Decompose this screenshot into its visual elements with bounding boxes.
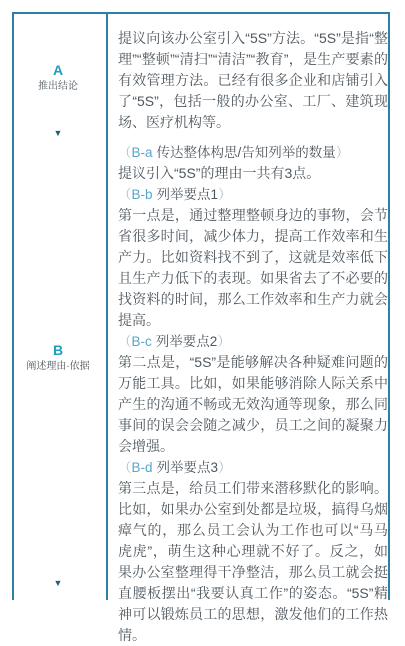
section-a-letter: A <box>22 62 94 78</box>
annotation-label: 列举要点2 <box>156 334 218 349</box>
annotation-b-b: （B-b列举要点1） <box>118 184 388 205</box>
annotation-paren: ） <box>217 334 231 349</box>
section-b-letter: B <box>22 342 94 358</box>
annotation-code: B-a <box>132 145 153 160</box>
annotation-label: 列举要点3 <box>157 460 219 475</box>
paragraph-b-d: 第三点是，给员工们带来潜移默化的影响。比如，如果办公室到处都是垃圾，搞得乌烟瘴气… <box>118 478 388 600</box>
section-a-label: 推出结论 <box>22 80 94 93</box>
sidebar-divider-line <box>106 14 108 600</box>
annotation-paren: （ <box>118 334 132 349</box>
annotation-paren: ） <box>218 187 232 202</box>
annotation-label: 传达整体构思/告知列举的数量 <box>157 145 336 160</box>
section-b-content: （B-a传达整体构思/告知列举的数量） 提议引入“5S”的理由一共有3点。 （B… <box>118 142 388 600</box>
paragraph-b-c: 第二点是，“5S”是能够解决各种疑难问题的万能工具。比如，如果能够消除人际关系中… <box>118 352 388 457</box>
section-a-paragraph: 提议向该办公室引入“5S”方法。“5S”是指“整理”“整顿”“清扫”“清洁”“教… <box>118 28 388 133</box>
annotation-b-d: （B-d列举要点3） <box>118 457 388 478</box>
paragraph-b-a: 提议引入“5S”的理由一共有3点。 <box>118 163 388 184</box>
annotation-paren: （ <box>118 460 132 475</box>
sidebar-section-a: A 推出结论 <box>22 62 94 93</box>
annotation-paren: （ <box>118 187 132 202</box>
structure-diagram-frame: A 推出结论 ▼ B 阐述理由·依据 ▼ 提议向该办公室引入“5S”方法。“5S… <box>12 12 390 600</box>
down-arrow-icon: ▼ <box>22 578 94 588</box>
annotation-code: B-c <box>132 334 152 349</box>
annotation-code: B-d <box>132 460 153 475</box>
section-b-label: 阐述理由·依据 <box>22 360 94 373</box>
annotation-paren: ） <box>218 460 232 475</box>
annotation-label: 列举要点1 <box>157 187 219 202</box>
annotation-paren: ） <box>336 145 350 160</box>
main-text-column: 提议向该办公室引入“5S”方法。“5S”是指“整理”“整顿”“清扫”“清洁”“教… <box>118 28 388 600</box>
down-arrow-icon: ▼ <box>22 128 94 138</box>
annotation-paren: （ <box>118 145 132 160</box>
annotation-b-c: （B-c列举要点2） <box>118 331 388 352</box>
annotation-code: B-b <box>132 187 153 202</box>
annotation-b-a: （B-a传达整体构思/告知列举的数量） <box>118 142 388 163</box>
paragraph-b-b: 第一点是，通过整理整顿身边的事物，会节省很多时间，减少体力，提高工作效率和生产力… <box>118 205 388 331</box>
structure-sidebar: A 推出结论 ▼ B 阐述理由·依据 ▼ <box>14 14 106 600</box>
sidebar-section-b: B 阐述理由·依据 <box>22 342 94 373</box>
